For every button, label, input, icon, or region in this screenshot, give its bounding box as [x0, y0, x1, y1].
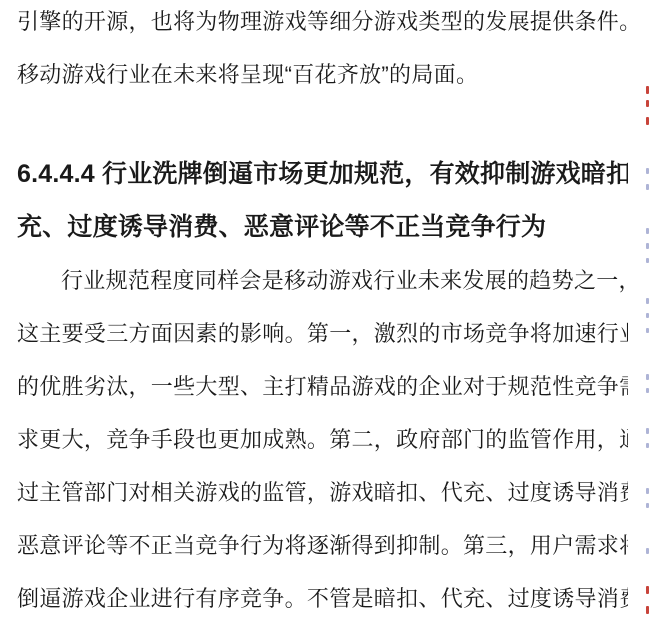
section-heading: 6.4.4.4 行业洗牌倒逼市场更加规范，有效抑制游戏暗扣、代 充、过度诱导消费… [17, 148, 628, 254]
text-line: 恶意评论等不正当竞争行为将逐渐得到抑制。第三，用户需求将 [17, 519, 628, 572]
text-line: 的优胜劣汰，一些大型、主打精品游戏的企业对于规范性竞争需 [17, 360, 628, 413]
heading-line: 充、过度诱导消费、恶意评论等不正当竞争行为 [17, 201, 628, 254]
text-line: 倒逼游戏企业进行有序竞争。不管是暗扣、代充、过度诱导消费， [17, 572, 628, 625]
body-paragraph: 行业规范程度同样会是移动游戏行业未来发展的趋势之一， 这主要受三方面因素的影响。… [17, 254, 628, 625]
text-line: 求更大，竞争手段也更加成熟。第二，政府部门的监管作用，通 [17, 413, 628, 466]
text-line: 引擎的开源，也将为物理游戏等细分游戏类型的发展提供条件。 [17, 0, 628, 48]
document-page: 引擎的开源，也将为物理游戏等细分游戏类型的发展提供条件。 移动游戏行业在未来将呈… [0, 0, 650, 633]
intro-paragraph: 引擎的开源，也将为物理游戏等细分游戏类型的发展提供条件。 移动游戏行业在未来将呈… [17, 0, 628, 101]
heading-line: 6.4.4.4 行业洗牌倒逼市场更加规范，有效抑制游戏暗扣、代 [17, 148, 628, 201]
text-line: 过主管部门对相关游戏的监管，游戏暗扣、代充、过度诱导消费、 [17, 466, 628, 519]
text-line: 移动游戏行业在未来将呈现“百花齐放”的局面。 [17, 48, 628, 101]
text-column: 引擎的开源，也将为物理游戏等细分游戏类型的发展提供条件。 移动游戏行业在未来将呈… [0, 0, 650, 625]
text-line: 行业规范程度同样会是移动游戏行业未来发展的趋势之一， [17, 254, 628, 307]
text-line: 这主要受三方面因素的影响。第一，激烈的市场竞争将加速行业 [17, 307, 628, 360]
